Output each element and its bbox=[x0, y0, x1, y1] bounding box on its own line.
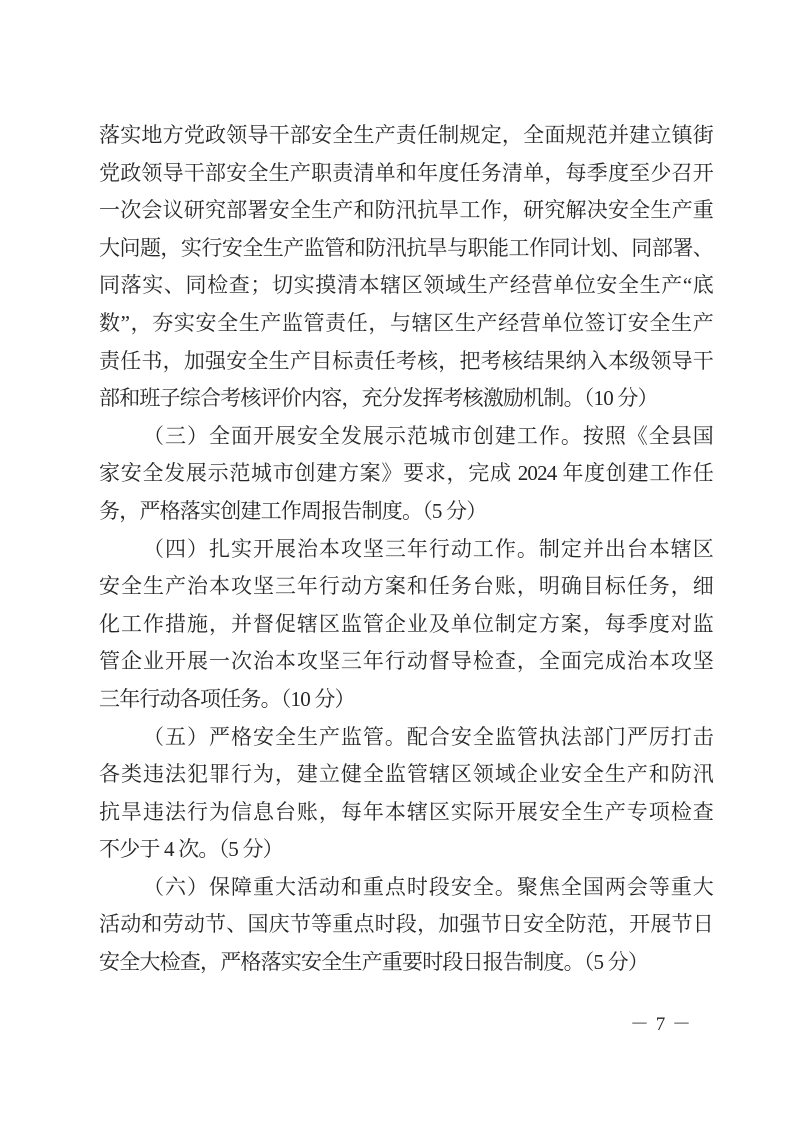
text-line: （三）全面开展安全发展示范城市创建工作。按照《全县国 bbox=[99, 418, 713, 456]
text-line: 不少于 4 次。（5 分） bbox=[99, 831, 713, 869]
text-line: 数”，夯实安全生产监管责任，与辖区生产经营单位签订安全生产 bbox=[99, 305, 713, 343]
text-line: 安全生产治本攻坚三年行动方案和任务台账，明确目标任务，细 bbox=[99, 568, 713, 606]
text-line: 一次会议研究部署安全生产和防汛抗旱工作，研究解决安全生产重 bbox=[99, 192, 713, 230]
text-line: 安全大检查，严格落实安全生产重要时段日报告制度。（5 分） bbox=[99, 944, 713, 982]
text-line: 部和班子综合考核评价内容，充分发挥考核激励机制。（10 分） bbox=[99, 380, 713, 418]
text-line: 同落实、同检查；切实摸清本辖区领域生产经营单位安全生产“底 bbox=[99, 267, 713, 305]
text-line: 落实地方党政领导干部安全生产责任制规定，全面规范并建立镇街 bbox=[99, 117, 713, 155]
document-page: 落实地方党政领导干部安全生产责任制规定，全面规范并建立镇街党政领导干部安全生产职… bbox=[0, 0, 793, 1122]
page-number: － 7 － bbox=[630, 1013, 692, 1037]
text-line: 三年行动各项任务。（10 分） bbox=[99, 681, 713, 719]
text-line: 活动和劳动节、国庆节等重点时段，加强节日安全防范，开展节日 bbox=[99, 906, 713, 944]
text-line: 各类违法犯罪行为，建立健全监管辖区领域企业安全生产和防汛 bbox=[99, 756, 713, 794]
text-line: 党政领导干部安全生产职责清单和年度任务清单，每季度至少召开 bbox=[99, 155, 713, 193]
text-line: 化工作措施，并督促辖区监管企业及单位制定方案，每季度对监 bbox=[99, 606, 713, 644]
document-body: 落实地方党政领导干部安全生产责任制规定，全面规范并建立镇街党政领导干部安全生产职… bbox=[99, 117, 713, 982]
text-line: 责任书，加强安全生产目标责任考核，把考核结果纳入本级领导干 bbox=[99, 343, 713, 381]
text-line: （六）保障重大活动和重点时段安全。聚焦全国两会等重大 bbox=[99, 869, 713, 907]
text-line: 家安全发展示范城市创建方案》要求，完成 2024 年度创建工作任 bbox=[99, 455, 713, 493]
text-line: 抗旱违法行为信息台账，每年本辖区实际开展安全生产专项检查 bbox=[99, 794, 713, 832]
text-line: （四）扎实开展治本攻坚三年行动工作。制定并出台本辖区 bbox=[99, 531, 713, 569]
text-line: 大问题，实行安全生产监管和防汛抗旱与职能工作同计划、同部署、 bbox=[99, 230, 713, 268]
text-line: 管企业开展一次治本攻坚三年行动督导检查，全面完成治本攻坚 bbox=[99, 643, 713, 681]
text-line: （五）严格安全生产监管。配合安全监管执法部门严厉打击 bbox=[99, 719, 713, 757]
text-line: 务，严格落实创建工作周报告制度。（5 分） bbox=[99, 493, 713, 531]
